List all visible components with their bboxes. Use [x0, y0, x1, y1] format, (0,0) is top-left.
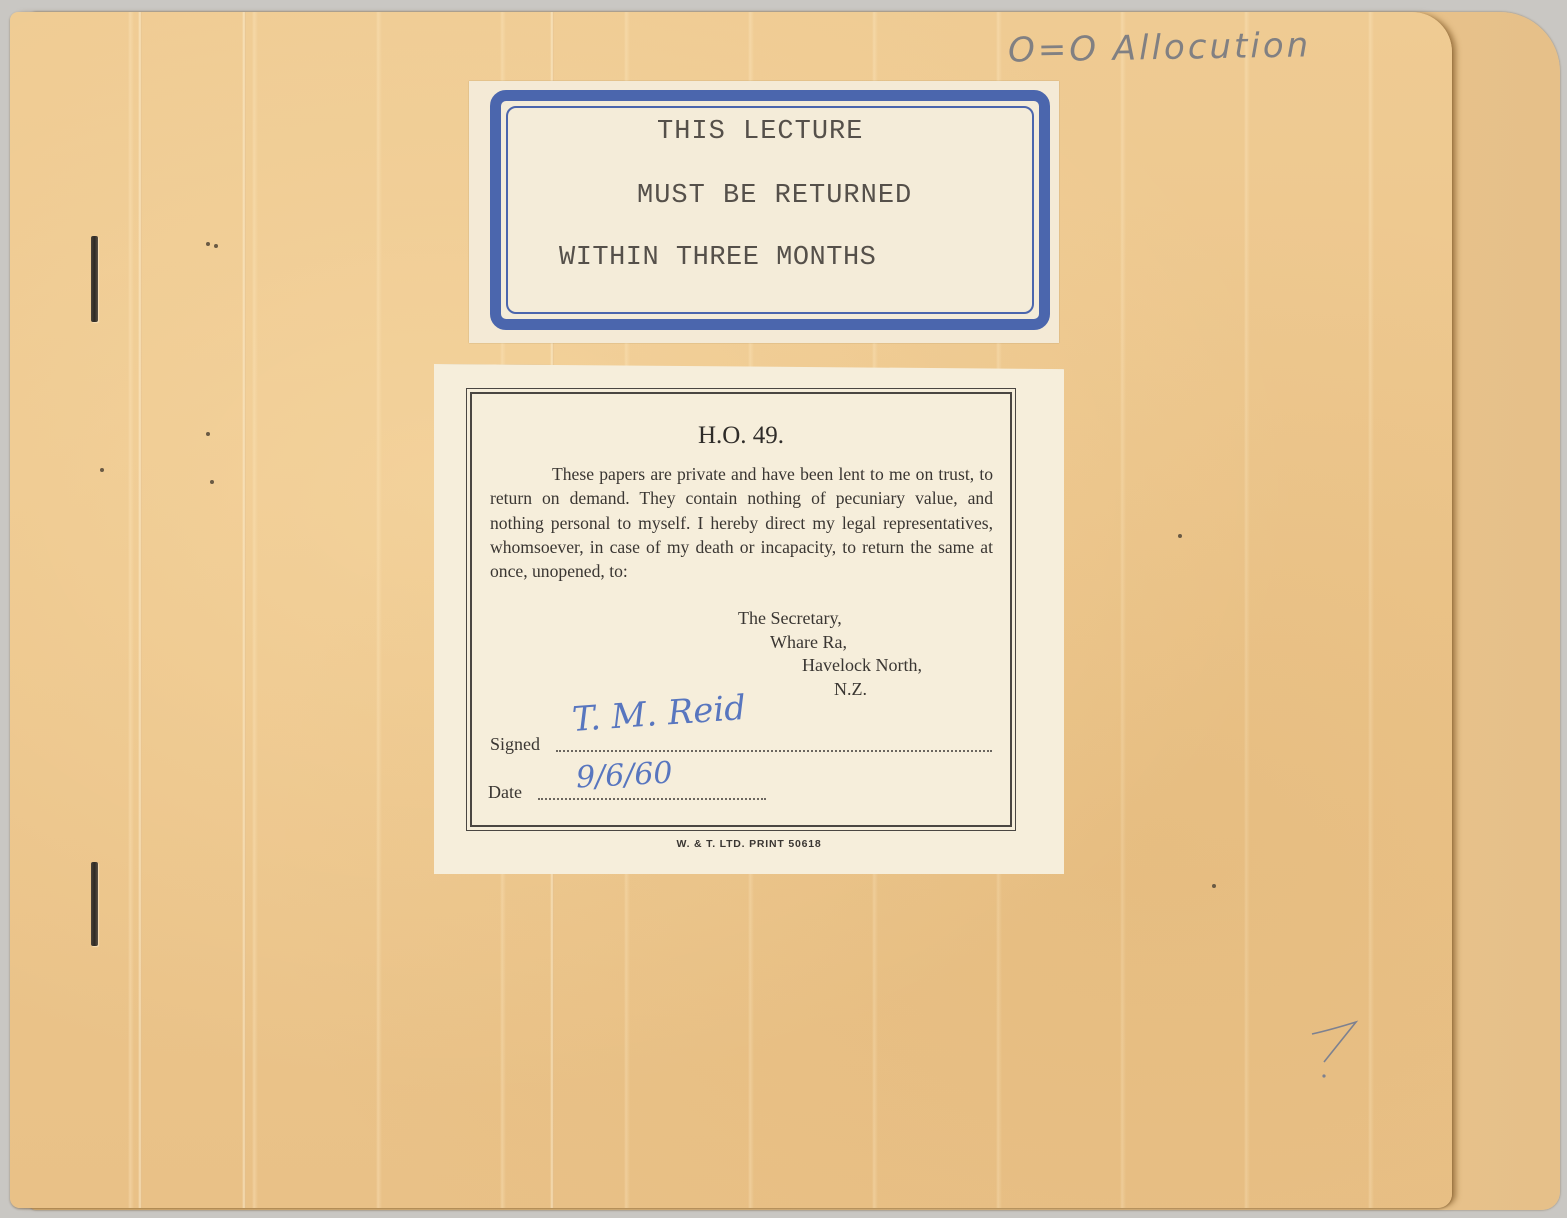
label-line-2: MUST BE RETURNED [637, 181, 912, 211]
signed-label: Signed [490, 734, 540, 755]
ho49-title: H.O. 49. [472, 422, 1010, 450]
date-label: Date [488, 782, 522, 803]
signed-line [556, 750, 992, 752]
speck [214, 244, 218, 248]
address-line-4: N.Z. [834, 679, 867, 700]
speck [206, 242, 210, 246]
ho49-body-text: These papers are private and have been l… [490, 462, 993, 583]
speck [210, 480, 214, 484]
date-line [538, 798, 766, 800]
handwritten-date: 9/6/60 [575, 755, 673, 795]
ho49-card: H.O. 49. These papers are private and ha… [434, 364, 1064, 874]
return-notice-label: THIS LECTURE MUST BE RETURNED WITHIN THR… [469, 81, 1059, 343]
label-line-3: WITHIN THREE MONTHS [559, 243, 876, 273]
ho49-frame: H.O. 49. These papers are private and ha… [470, 392, 1012, 827]
speck [1212, 884, 1216, 888]
staple-top [91, 236, 98, 322]
handwritten-pencil-note: O=O Allocution [1008, 25, 1312, 70]
speck [100, 468, 104, 472]
fold-crease [242, 12, 246, 1208]
label-line-1: THIS LECTURE [657, 117, 863, 147]
speck [1178, 534, 1182, 538]
signature: T. M. Reid [571, 688, 747, 740]
speck [206, 432, 210, 436]
fold-crease [138, 12, 142, 1208]
staple-bottom [91, 862, 98, 946]
printer-imprint: W. & T. LTD. PRINT 50618 [434, 838, 1064, 850]
address-line-2: Whare Ra, [770, 632, 847, 653]
address-line-3: Havelock North, [802, 655, 922, 676]
address-line-1: The Secretary, [738, 608, 842, 629]
pencil-mark-icon [1310, 1012, 1370, 1082]
